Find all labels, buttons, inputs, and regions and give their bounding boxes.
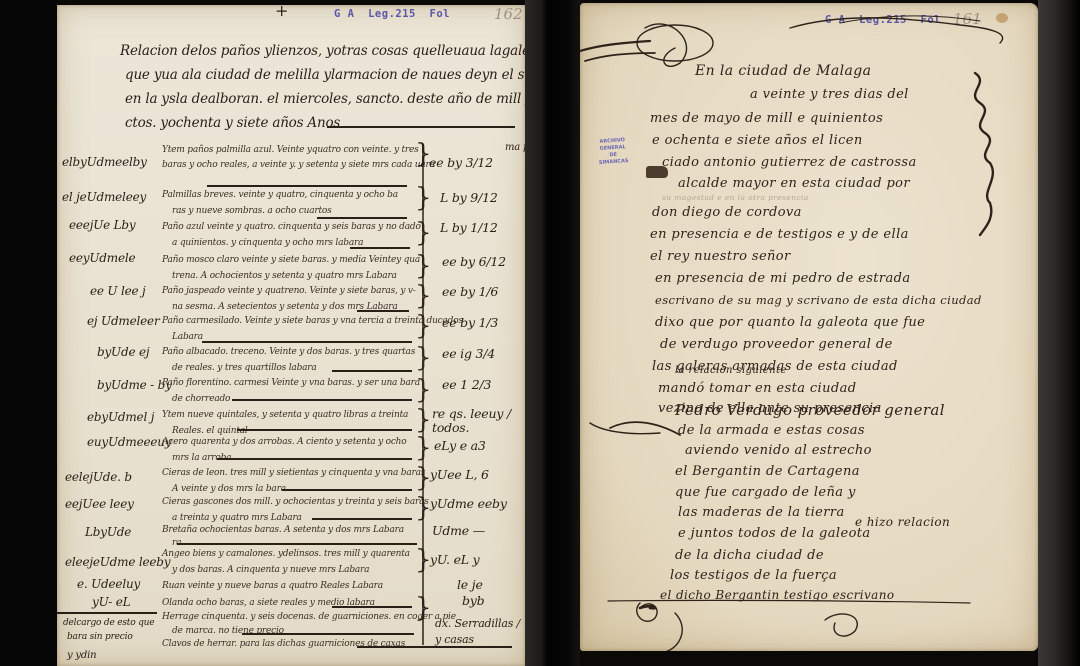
entry-rule (317, 217, 407, 219)
margin-note: yU- eL (92, 595, 130, 609)
text-line: de la dicha ciudad de (675, 548, 824, 563)
text-line: los testigos de la fuerça (670, 568, 837, 583)
margin-note: byUdme - by (97, 378, 172, 392)
margin-note: euyUdmeeeuy (87, 435, 171, 449)
text-line: mandó tomar en esta ciudad (658, 381, 856, 396)
entry-rule (282, 489, 412, 491)
entry-rule (332, 370, 412, 372)
text-line: aviendo venido al estrecho (685, 443, 872, 458)
entry-rule (202, 341, 412, 343)
amount-note: L by 9/12 (440, 190, 498, 205)
entry-text: Paño jaspeado veinte y quatreno. Veinte … (162, 286, 416, 296)
amount-note: eLy e a3 (434, 438, 486, 453)
entry-text: trena. A ochocientos y setenta y quatro … (172, 271, 397, 281)
text-line: el rey nuestro señor (650, 249, 791, 264)
text-line: de verdugo proveedor general de (660, 337, 893, 352)
margin-note: elbyUdmeelby (62, 155, 147, 169)
text-line: en presencia e de testigos e y de ella (650, 227, 909, 242)
entry-rule (357, 310, 409, 312)
amount-note: yU. eL y (430, 552, 480, 567)
amount-note: ee ig 3/4 (442, 346, 495, 361)
amount-note: ee by 3/12 (429, 155, 493, 170)
entry-text: Paño azul veinte y quatro. cinquenta y s… (162, 222, 421, 232)
footer-note-line: y ydin (67, 650, 96, 661)
interlinear-text: su magestad e en la otra presencia (662, 193, 809, 202)
manuscript-page-folio-161: G A Leg.215 Fol 161 ARCHIVO GENERAL DE S… (580, 3, 1038, 651)
entry-text: Cieras gascones dos mill. y ochocientas … (162, 497, 429, 507)
entry-rule (332, 606, 412, 608)
entry-text: Herrage cinquenta. y seis docenas. de gu… (162, 612, 456, 622)
margin-note: eelejUde. b (65, 470, 132, 484)
entry-text: Angeo biens y camalones. ydelinsos. tres… (162, 549, 410, 559)
entry-text: A veinte y dos mrs la bara (172, 484, 286, 494)
scan-gutter (525, 0, 580, 666)
margin-note: eejUee leey (65, 497, 134, 511)
scan-background-left (0, 0, 57, 666)
margin-note: ej Udmeleer (87, 314, 160, 328)
amount-note: yUdme eeby (430, 496, 507, 511)
entry-text: Acero quarenta y dos arrobas. A ciento y… (162, 437, 407, 447)
amount-superscript: ma p (505, 142, 525, 153)
signature-line: el dicho Bergantin testigo escrivano (660, 588, 895, 602)
entry-rule (232, 399, 412, 401)
heading-line: ctos. yochenta y siete años Anos (125, 115, 340, 131)
text-line: Pedro Verdugo proveedor general (675, 401, 945, 419)
entry-text: Ruan veinte y nueve baras a quatro Reale… (162, 581, 383, 591)
text-line: que fue cargado de leña y (675, 485, 856, 500)
text-line: e hizo relacion (855, 515, 950, 529)
heading-line: Relacion delos paños ylienzos, yotras co… (120, 43, 525, 59)
brace-column-line (422, 145, 424, 645)
text-line: a veinte y tres dias del (750, 87, 909, 102)
text-line: en presencia de mi pedro de estrada (655, 271, 911, 286)
entry-rule (350, 247, 410, 249)
entry-text: y dos baras. A cinquenta y nueve mrs Lab… (172, 565, 369, 575)
heading-line: que yua ala ciudad de melilla ylarmacion… (125, 67, 525, 83)
amount-note: ee by 1/3 (442, 315, 498, 330)
folio-number: 162 (494, 5, 523, 23)
entry-text: Ytem nueve quintales, y setenta y quatro… (162, 410, 408, 420)
margin-note: byUde ej (97, 345, 149, 359)
entry-text: Labara (172, 332, 203, 342)
margin-note: ee U lee j (90, 284, 146, 298)
entry-text: baras y ocho reales, a veinte y. y seten… (162, 160, 435, 170)
amount-note: L by 1/12 (440, 220, 498, 235)
entry-text: de chorreado (172, 394, 230, 404)
scan-background-right (1038, 0, 1080, 666)
amount-note: re qs. leeuy / todos. (432, 407, 525, 435)
heading-line: en la ysla dealboran. el miercoles, sanc… (125, 91, 525, 107)
amount-note: dx. Serradillas / y casas (435, 616, 525, 648)
entry-rule (237, 429, 412, 431)
text-line: ciado antonio gutierrez de castrossa (662, 155, 917, 170)
margin-note: LbyUde (85, 525, 131, 539)
entry-text: Clavos de herrar. para las dichas guarni… (162, 639, 405, 649)
entry-text: a treinta y quatro mrs Labara (172, 513, 302, 523)
entry-text: Paño florentino. carmesi Veinte y vna ba… (162, 378, 420, 388)
entry-text: Paño albacado. treceno. Veinte y dos bar… (162, 347, 415, 357)
text-line: el Bergantin de Cartagena (675, 464, 860, 479)
footer-note-line: delcargo de esto que (63, 618, 154, 628)
entry-text: Cieras de leon. tres mill y sietientas y… (162, 468, 425, 478)
interlinear-text: la relacion siguiente (675, 365, 787, 376)
amount-note: ee by 1/6 (442, 284, 498, 299)
entry-rule (242, 633, 414, 635)
text-line: dixo que por quanto la galeota que fue (655, 315, 925, 330)
cross-mark: + (275, 5, 288, 20)
margin-note: eleejeUdme leeby (65, 555, 170, 569)
text-line: alcalde mayor en esta ciudad por (678, 176, 910, 191)
heading-rule (327, 126, 515, 128)
entry-text: Palmillas breves. veinte y quatro, cinqu… (162, 190, 398, 200)
entry-text: Reales. el quintal (172, 426, 248, 436)
entry-text: de marca. no tiene precio (172, 626, 284, 636)
amount-note: yUee L, 6 (430, 467, 489, 482)
margin-note: eeejUe Lby (69, 218, 136, 232)
amount-note: ee 1 2/3 (442, 377, 491, 392)
text-line: de la armada e estas cosas (678, 423, 865, 438)
entry-text: de reales. y tres quartillos labara (172, 363, 317, 373)
footer-note-line: bara sin precio (67, 632, 133, 642)
margin-note: el jeUdmeleey (62, 190, 146, 204)
text-line: don diego de cordova (652, 205, 802, 220)
entry-rule (217, 458, 412, 460)
text-line: escrivano de su mag y scrivano de esta d… (655, 293, 982, 307)
entry-text: Paño mosco claro veinte y siete baras. y… (162, 255, 420, 265)
entry-rule (207, 185, 407, 187)
amount-note: byb (462, 593, 484, 608)
margin-note: eeyUdmele (69, 251, 135, 265)
amount-note: Udme — (432, 523, 485, 538)
entry-rule (312, 518, 412, 520)
text-line: e juntos todos de la galeota (678, 526, 871, 541)
text-line: las maderas de la tierra (678, 505, 845, 520)
entry-rule (357, 646, 512, 648)
entry-rule (177, 543, 417, 545)
entry-text: a quinientos. y cinquenta y ocho mrs lab… (172, 238, 363, 248)
amount-note: le je (457, 577, 483, 592)
separator-rule (57, 612, 157, 614)
entry-text: Bretaña ochocientas baras. A setenta y d… (162, 525, 404, 535)
entry-text: Ytem paños palmilla azul. Veinte yquatro… (162, 145, 419, 155)
amount-note: ee by 6/12 (442, 254, 506, 269)
text-line: e ochenta e siete años el licen (652, 133, 863, 148)
text-line: En la ciudad de Malaga (695, 63, 871, 79)
text-line: mes de mayo de mill e quinientos (650, 111, 883, 126)
archive-reference-stamp: G A Leg.215 Fol (334, 8, 450, 20)
entry-text: ras y nueve sombras. a ocho cuartos (172, 206, 332, 216)
manuscript-page-folio-162: G A Leg.215 Fol 162 + Relacion delos pañ… (57, 5, 525, 666)
margin-note: ebyUdmel j (87, 410, 154, 424)
margin-note: e. Udeeluy (77, 577, 140, 591)
